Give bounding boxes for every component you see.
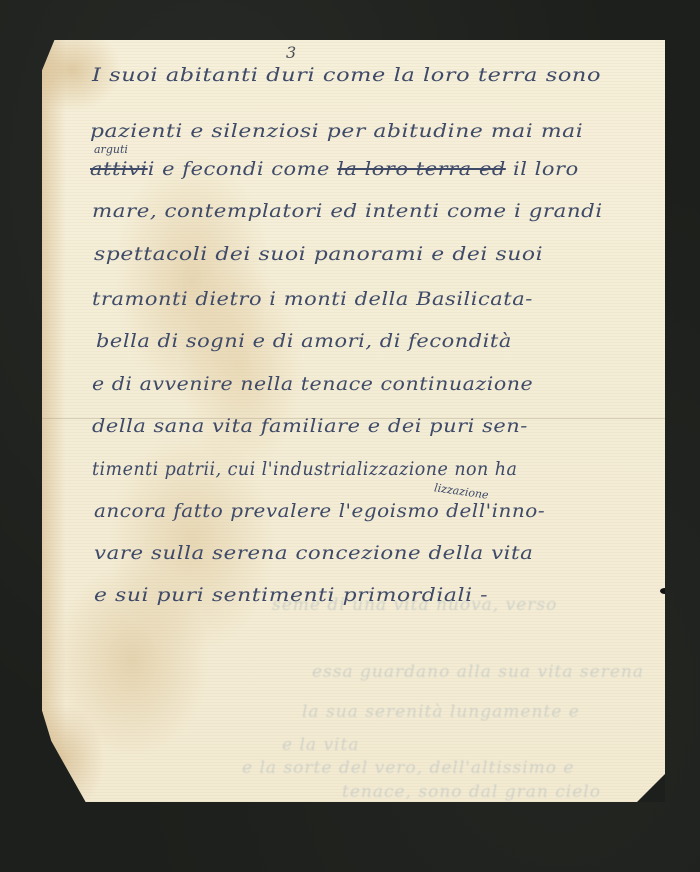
handwritten-line: tramonti dietro i monti della Basilicata… — [92, 288, 533, 310]
struck-phrase: la loro terra ed — [337, 158, 506, 180]
handwritten-line: e di avvenire nella tenace continuazione — [92, 373, 533, 395]
edge-discoloration — [42, 40, 66, 802]
manuscript-page: seme di una vita nuova, verso essa guard… — [42, 40, 665, 802]
handwritten-line: timenti patrii, cui l'industrializzazion… — [92, 458, 517, 480]
handwritten-line: della sana vita familiare e dei puri sen… — [92, 415, 528, 437]
bleed-through-text: tenace, sono dal gran cielo — [342, 782, 601, 802]
bleed-through-text: e la vita — [282, 735, 359, 755]
handwritten-line: vare sulla serena concezione della vita — [94, 542, 533, 564]
insertion-above-line: lizzazione — [433, 481, 489, 501]
handwritten-line: pazienti e silenziosi per abitudine mai … — [90, 120, 583, 142]
insertion-above-line: arguti — [94, 143, 128, 156]
bleed-through-text: e la sorte del vero, dell'altissimo e — [242, 758, 574, 778]
bleed-through-text: essa guardano alla sua vita serena — [312, 662, 644, 682]
handwritten-line: spettacoli dei suoi panorami e dei suoi — [94, 243, 543, 265]
handwritten-line: bella di sogni e di amori, di fecondità — [96, 330, 512, 352]
bleed-through-text: la sua serenità lungamente e — [302, 702, 580, 722]
handwritten-line-with-corrections: attivii e fecondi come la loro terra ed … — [90, 158, 579, 180]
struck-word: attivi — [90, 158, 148, 180]
handwritten-line: ancora fatto prevalere l'egoismo dell'in… — [94, 500, 545, 522]
page-number: 3 — [286, 43, 296, 62]
handwritten-line: mare, contemplatori ed intenti come i gr… — [92, 200, 603, 222]
handwritten-line: I suoi abitanti duri come la loro terra … — [92, 64, 601, 86]
folded-corner — [637, 774, 665, 802]
handwritten-line: e sui puri sentimenti primordiali - — [94, 584, 488, 606]
